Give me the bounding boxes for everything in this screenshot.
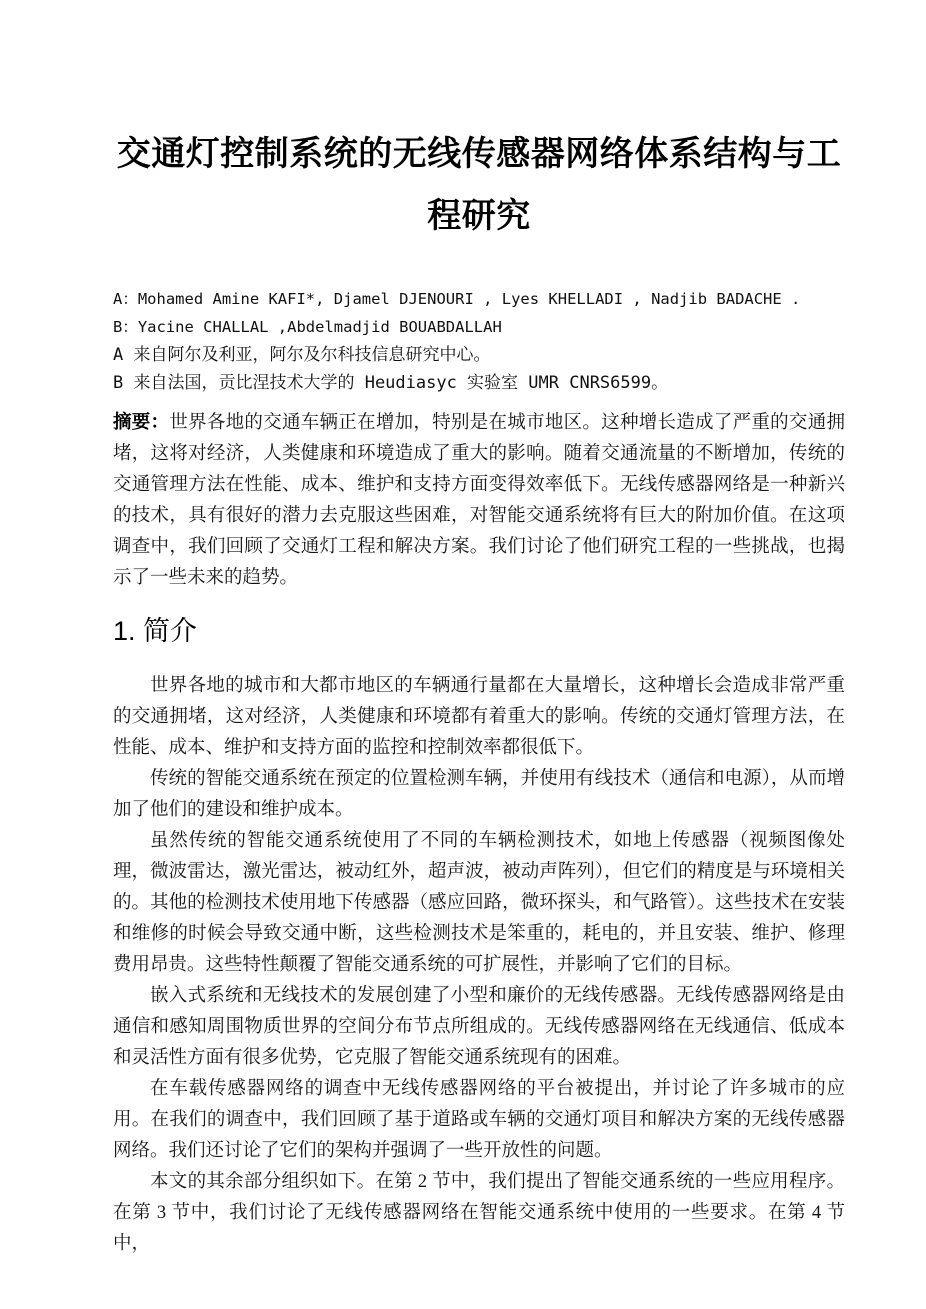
intro-paragraph-1: 世界各地的城市和大都市地区的车辆通行量都在大量增长，这种增长会造成非常严重的交通… [113, 671, 845, 764]
paper-title-line-1: 交通灯控制系统的无线传感器网络体系结构与工 [117, 135, 842, 173]
section-heading-introduction: 1. 简介 [113, 613, 845, 650]
affiliation-line-a: A 来自阿尔及利亚，阿尔及尔科技信息研究中心。 [113, 341, 845, 369]
author-line-a: A：Mohamed Amine KAFI*, Djamel DJENOURI ,… [113, 285, 845, 313]
intro-paragraph-5: 在车载传感器网络的调查中无线传感器网络的平台被提出，并讨论了许多城市的应用。在我… [113, 1074, 845, 1167]
intro-paragraph-4: 嵌入式系统和无线技术的发展创建了小型和廉价的无线传感器。无线传感器网络是由通信和… [113, 981, 845, 1074]
affiliation-line-b: B 来自法国，贡比涅技术大学的 Heudiasyc 实验室 UMR CNRS65… [113, 369, 845, 397]
document-page: 交通灯控制系统的无线传感器网络体系结构与工 程研究 A：Mohamed Amin… [0, 0, 926, 1309]
paper-title-line-2: 程研究 [427, 197, 531, 235]
paper-title: 交通灯控制系统的无线传感器网络体系结构与工 程研究 [113, 123, 845, 247]
intro-paragraph-6: 本文的其余部分组织如下。在第 2 节中，我们提出了智能交通系统的一些应用程序。在… [113, 1167, 845, 1260]
abstract-label: 摘要： [113, 413, 169, 433]
author-line-b: B：Yacine CHALLAL ,Abdelmadjid BOUABDALLA… [113, 313, 845, 341]
introduction-body: 世界各地的城市和大都市地区的车辆通行量都在大量增长，这种增长会造成非常严重的交通… [113, 671, 845, 1260]
author-block: A：Mohamed Amine KAFI*, Djamel DJENOURI ,… [113, 285, 845, 397]
abstract-text: 世界各地的交通车辆正在增加，特别是在城市地区。这种增长造成了严重的交通拥堵，这将… [113, 413, 845, 588]
intro-paragraph-2: 传统的智能交通系统在预定的位置检测车辆，并使用有线技术（通信和电源），从而增加了… [113, 764, 845, 826]
abstract-paragraph: 摘要：世界各地的交通车辆正在增加，特别是在城市地区。这种增长造成了严重的交通拥堵… [113, 408, 845, 594]
intro-paragraph-3: 虽然传统的智能交通系统使用了不同的车辆检测技术，如地上传感器（视频图像处理，微波… [113, 826, 845, 981]
